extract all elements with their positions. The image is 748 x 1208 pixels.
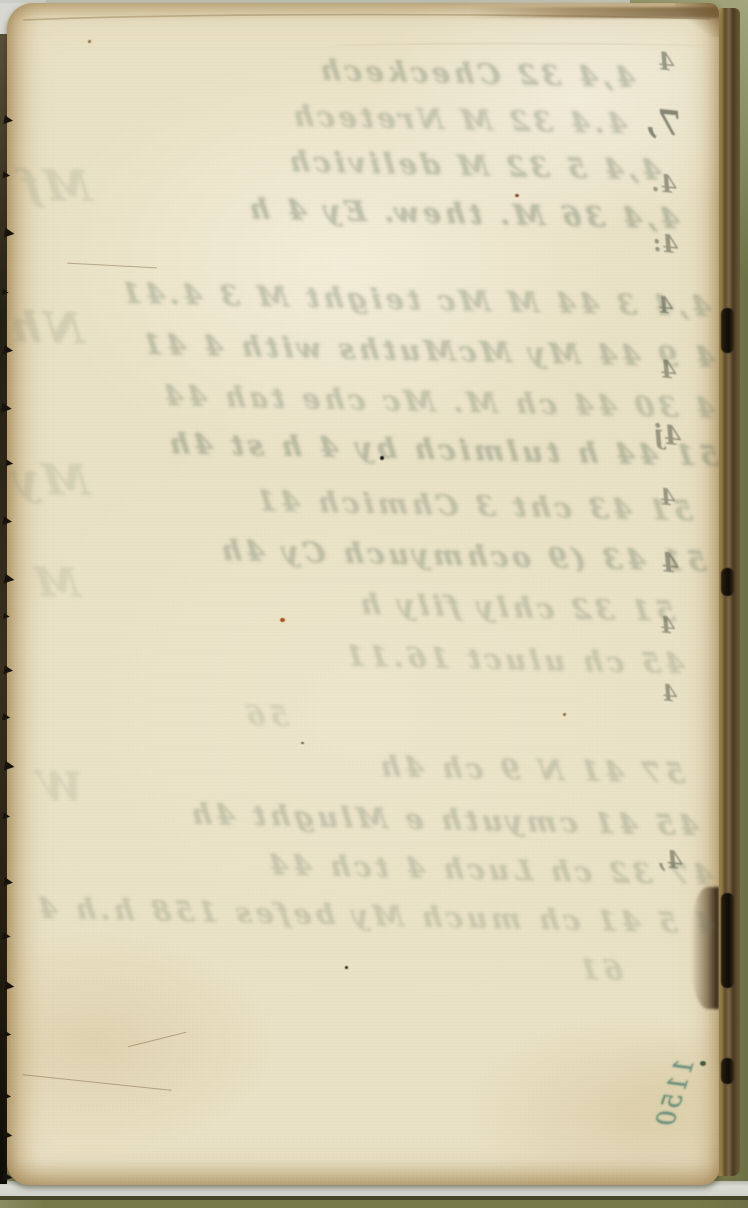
surface-scratch bbox=[128, 1032, 186, 1047]
top-right-corner-fold bbox=[675, 3, 719, 37]
stitch-hole bbox=[3, 613, 10, 620]
ink-bleedthrough-line: 57 41 N 9 ch 4h bbox=[374, 749, 687, 789]
pencil-tick-mark: 4 bbox=[657, 46, 677, 77]
ink-bleedthrough-line: M bbox=[28, 558, 82, 606]
ink-bleedthrough-line: W bbox=[31, 762, 85, 810]
ink-bleedthrough-line: 51 44 h tulmich by 4 h st 4h bbox=[163, 427, 719, 473]
stitch-hole bbox=[3, 665, 13, 675]
ink-bleedthrough-line: 47 32 ch Luch 4 tch 44 bbox=[263, 848, 715, 891]
pencil-tick-mark: 4 bbox=[656, 292, 674, 319]
stitch-hole bbox=[2, 932, 11, 941]
pencil-tick-mark: 4 bbox=[659, 548, 680, 580]
ink-speck bbox=[515, 194, 519, 197]
stitch-hole bbox=[1, 1091, 11, 1101]
stitch-hole bbox=[3, 345, 13, 355]
ink-bleedthrough-line: Nh bbox=[7, 302, 86, 353]
ink-bleedthrough-line: 4,4 32 Checkech bbox=[314, 53, 637, 93]
page-block-knot bbox=[721, 893, 734, 988]
stitch-hole bbox=[4, 574, 15, 585]
stitch-hole bbox=[3, 877, 13, 887]
scan-background: 1150 4,4 32 Checkech4.4 32 M Nretech4,4 … bbox=[0, 0, 748, 1208]
stitch-hole bbox=[5, 459, 13, 467]
pencil-tick-mark: 4: bbox=[652, 228, 680, 260]
surface-scratch bbox=[67, 263, 157, 269]
page-block-knot bbox=[721, 1058, 734, 1084]
ink-bleedthrough-line: 45 41 cmyuth e Mlught 4h bbox=[185, 797, 701, 842]
ink-bleedthrough-line: My bbox=[7, 454, 92, 505]
ink-speck bbox=[700, 1061, 706, 1066]
stitch-hole bbox=[4, 1131, 13, 1140]
ink-bleedthrough-line: 56 bbox=[240, 698, 291, 732]
pencil-tick-mark: 4, bbox=[656, 844, 684, 875]
ink-bleedthrough-line: 4 5 41 ch much My befes 158 h.h 4 bbox=[32, 891, 717, 940]
ink-bleedthrough-line: 4 9 44 My McMuths with 4 41 bbox=[137, 327, 717, 373]
pencil-tick-mark: 7, bbox=[644, 101, 683, 144]
pencil-tick-mark: 4 bbox=[658, 612, 676, 639]
stitch-hole bbox=[2, 713, 11, 722]
ink-bleedthrough-line: 4,4 5 32 M delivich bbox=[283, 145, 663, 187]
pencil-tick-mark: 4j bbox=[652, 420, 682, 453]
ink-bleedthrough-line: 51 43 (9 ochmyuch Cy 4h bbox=[216, 533, 709, 577]
secondary-crease-line bbox=[327, 43, 707, 51]
ink-speck bbox=[280, 618, 285, 622]
stitch-hole bbox=[4, 228, 15, 239]
page-block-edge bbox=[716, 8, 740, 1176]
ink-speck bbox=[563, 713, 566, 716]
pencil-tick-mark: 4 bbox=[659, 354, 679, 385]
pencil-tick-mark: 4 bbox=[658, 484, 676, 511]
page-block-knot bbox=[721, 308, 734, 353]
stitch-hole bbox=[2, 289, 9, 296]
ink-speck bbox=[301, 742, 304, 744]
stitch-hole bbox=[2, 171, 10, 179]
ink-bleedthrough-line: 4,4 36 M. thew. Ey 4 h bbox=[243, 192, 681, 235]
stitch-hole bbox=[3, 115, 13, 125]
stitch-hole bbox=[2, 812, 10, 820]
binding-gutter-shadow bbox=[0, 34, 7, 1184]
stitch-hole bbox=[4, 761, 15, 772]
ink-bleedthrough-line: 51 43 cht 3 Chmich 41 bbox=[251, 484, 695, 527]
pencil-tick-mark: 4 bbox=[660, 680, 678, 707]
ink-speck bbox=[345, 966, 348, 969]
ink-bleedthrough-line: 4,4 3 44 M Mc teight M 3 4.41 bbox=[116, 276, 713, 323]
stitch-hole bbox=[2, 1172, 13, 1183]
pencil-tick-mark: 4. bbox=[650, 168, 678, 199]
ink-bleedthrough-line: 61 bbox=[574, 952, 625, 986]
ink-speck bbox=[380, 456, 384, 460]
ink-speck bbox=[88, 40, 91, 43]
stitch-hole bbox=[1, 403, 13, 415]
stitch-hole bbox=[4, 981, 15, 992]
page-block-knot bbox=[721, 568, 734, 596]
stitch-hole bbox=[2, 516, 12, 526]
ink-bleedthrough-line: 45 ch uluct 16.11 bbox=[340, 639, 686, 680]
ink-bleedthrough-line: 51 32 chly fily h bbox=[354, 587, 677, 627]
stitch-hole bbox=[3, 1030, 11, 1038]
ink-bleedthrough-line: 4.4 32 M Nretech bbox=[287, 99, 629, 140]
ink-bleedthrough-line: Mf bbox=[16, 160, 94, 211]
ink-bleedthrough-line: 4 30 44 ch M. Mc che tah 44 bbox=[158, 379, 717, 425]
surface-scratch bbox=[22, 1074, 171, 1091]
notebook-page: 1150 4,4 32 Checkech4.4 32 M Nretech4,4 … bbox=[7, 3, 719, 1185]
